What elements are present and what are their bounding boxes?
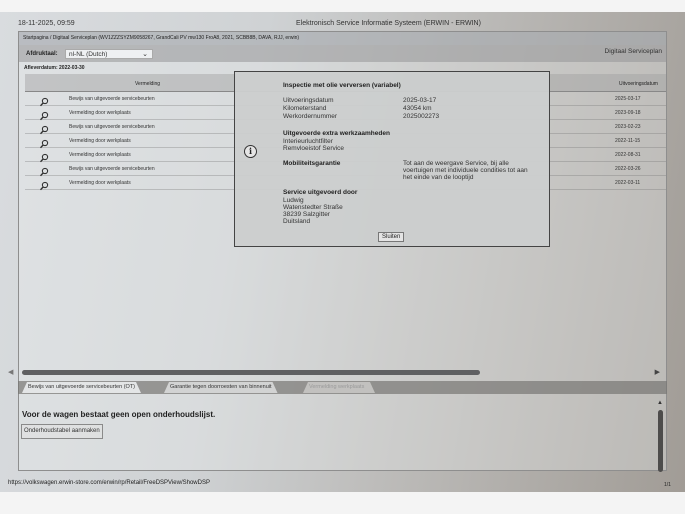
language-value: nl-NL (Dutch) — [69, 51, 107, 58]
scroll-right-icon[interactable]: ▶ — [655, 368, 660, 376]
field-label: Werkordernummer — [283, 113, 337, 120]
row-date: 2022-03-26 — [615, 166, 641, 172]
dialog-title: Inspectie met olie verversen (variabel) — [283, 82, 401, 89]
row-date: 2022-03-11 — [615, 180, 640, 186]
row-date: 2022-11-15 — [615, 138, 640, 144]
field-execution-date: Uitvoeringsdatum 2025-03-17 — [283, 97, 334, 104]
page-count: 1/1 — [664, 482, 671, 488]
service-by-line: 38239 Salzgitter — [283, 211, 330, 218]
page-url: https://volkswagen.erwin-store.com/erwin… — [8, 480, 210, 486]
column-header-date[interactable]: Uitvoeringsdatum — [619, 81, 658, 87]
scroll-left-icon[interactable]: ◀ — [8, 368, 13, 376]
row-date: 2023-09-18 — [615, 110, 641, 116]
tab-workshop-note: Vermelding werkplaats — [303, 382, 375, 393]
row-vermelding: Vermelding door werkplaats — [69, 152, 131, 158]
field-mileage: Kilometerstand 43054 km — [283, 105, 326, 112]
horizontal-scrollbar[interactable]: ◀ ▶ — [8, 369, 648, 377]
service-by-line: Ludwig — [283, 197, 304, 204]
field-work-order: Werkordernummer 2025002273 — [283, 113, 337, 120]
tab-rust-warranty[interactable]: Garantie tegen doorroesten van binnenuit — [164, 382, 278, 393]
tab-service-proof[interactable]: Bewijs van uitgevoerde servicebeurten (O… — [22, 382, 141, 393]
extra-work-heading: Uitgevoerde extra werkzaamheden — [283, 130, 390, 137]
create-maintenance-table-button[interactable]: Onderhoudstabel aanmaken — [21, 424, 103, 439]
field-value: 2025-03-17 — [403, 97, 436, 104]
row-date: 2022-08-31 — [615, 152, 641, 158]
app-title: Elektronisch Service Informatie Systeem … — [296, 20, 481, 27]
breadcrumb[interactable]: Startpagina / Digitaal Serviceplan (WV1Z… — [19, 32, 666, 45]
extra-work-item: Interieurluchtfilter — [283, 138, 333, 145]
plan-title: Digitaal Serviceplan — [605, 48, 662, 55]
field-label: Kilometerstand — [283, 105, 326, 112]
tab-bar: Bewijs van uitgevoerde servicebeurten (O… — [18, 381, 667, 394]
vertical-scrollbar-thumb[interactable] — [658, 410, 663, 472]
maintenance-pane: Voor de wagen bestaat geen open onderhou… — [18, 394, 667, 470]
service-by-line: Duitsland — [283, 218, 310, 225]
row-date: 2025-03-17 — [615, 96, 641, 102]
row-vermelding: Bewijs van uitgevoerde servicebeurten — [69, 124, 155, 130]
magnifier-icon[interactable] — [39, 164, 49, 174]
toolbar: Afdruktaal: nl-NL (Dutch) ⌄ Digitaal Ser… — [19, 45, 666, 62]
field-label: Uitvoeringsdatum — [283, 97, 334, 104]
chevron-down-icon: ⌄ — [142, 50, 148, 58]
service-by-heading: Service uitgevoerd door — [283, 189, 357, 196]
language-label: Afdruktaal: — [26, 51, 58, 57]
language-select[interactable]: nl-NL (Dutch) ⌄ — [65, 49, 153, 59]
no-maintenance-message: Voor de wagen bestaat geen open onderhou… — [22, 410, 215, 419]
row-date: 2023-02-23 — [615, 124, 641, 130]
mobility-text: Tot aan de weergave Service, bij alle vo… — [403, 160, 538, 181]
magnifier-icon[interactable] — [39, 178, 49, 188]
magnifier-icon[interactable] — [39, 150, 49, 160]
close-button[interactable]: Sluiten — [378, 232, 404, 242]
row-vermelding: Vermelding door werkplaats — [69, 180, 131, 186]
magnifier-icon[interactable] — [39, 108, 49, 118]
scrollbar-thumb[interactable] — [22, 370, 480, 375]
magnifier-icon[interactable] — [39, 122, 49, 132]
column-header-vermelding[interactable]: Vermelding — [135, 81, 160, 87]
delivery-date: Afleverdatum: 2022-03-30 — [24, 65, 85, 71]
info-icon: i — [244, 145, 257, 158]
scroll-up-icon[interactable]: ▲ — [657, 400, 663, 406]
field-value: 43054 km — [403, 105, 432, 112]
magnifier-icon[interactable] — [39, 136, 49, 146]
service-by-line: Watenstedter Straße — [283, 204, 343, 211]
timestamp: 18-11-2025, 09:59 — [18, 20, 75, 27]
row-vermelding: Vermelding door werkplaats — [69, 110, 131, 116]
row-vermelding: Vermelding door werkplaats — [69, 138, 131, 144]
extra-work-item: Remvloeistof Service — [283, 145, 344, 152]
row-vermelding: Bewijs van uitgevoerde servicebeurten — [69, 166, 155, 172]
magnifier-icon[interactable] — [39, 94, 49, 104]
service-detail-dialog: Inspectie met olie verversen (variabel) … — [234, 71, 550, 247]
vertical-scrollbar[interactable]: ▲ — [655, 400, 665, 475]
field-value: 2025002273 — [403, 113, 439, 120]
row-vermelding: Bewijs van uitgevoerde servicebeurten — [69, 96, 155, 102]
mobility-label: Mobiliteitsgarantie — [283, 160, 340, 167]
